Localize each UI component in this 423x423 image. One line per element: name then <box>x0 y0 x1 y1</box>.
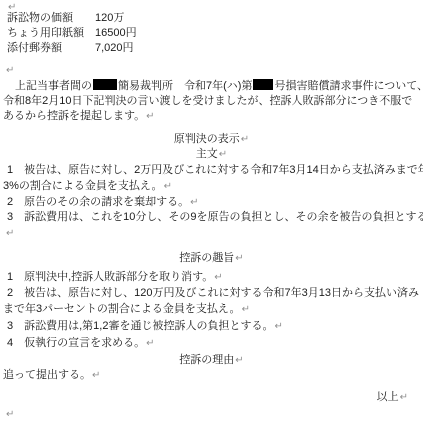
line-text: 1 被告は、原告に対し、2万円及びこれに対する令和7年3月14日から支払済みまで… <box>7 164 423 176</box>
line-text: 追って提出する。 <box>3 369 91 381</box>
pilcrow-mark: ↵ <box>6 409 14 420</box>
document-line[interactable]: あるから控訴を提起します。↵ <box>3 110 155 123</box>
document-line[interactable]: ↵ <box>5 408 14 421</box>
document-line[interactable]: 追って提出する。↵ <box>3 369 100 382</box>
line-text: 2 原告のその余の請求を棄却する。 <box>7 196 189 208</box>
document-line[interactable]: 控訴の理由↵ <box>0 354 423 367</box>
pilcrow-mark: ↵ <box>190 197 198 208</box>
document-line[interactable]: まで年3パーセントの割合による金員を支払え。↵ <box>3 303 250 316</box>
line-text: 控訴の趣旨 <box>179 252 234 264</box>
line-text: 以上 <box>377 391 399 403</box>
document-line[interactable]: 3%の割合による金員を支払え。↵ <box>3 180 172 193</box>
line-text: 添付郵券額 <box>7 42 62 54</box>
line-text: 16500円 <box>95 27 137 40</box>
line-text: 3%の割合による金員を支払え。 <box>3 180 163 192</box>
line-text: 2 被告は、原告に対し、120万円及びこれに対する令和7年3月13日から支払い済… <box>7 287 419 299</box>
line-text: 7,020円 <box>95 42 134 55</box>
line-text: 訴訟物の価額 <box>7 12 73 24</box>
pilcrow-mark: ↵ <box>214 272 222 283</box>
line-text: 号損害賠償請求事件について、 <box>274 80 423 92</box>
line-text: 1 原判決中,控訴人敗訴部分を取り消す。 <box>7 271 213 283</box>
line-text: まで年3パーセントの割合による金員を支払え。 <box>3 303 241 315</box>
pilcrow-mark: ↵ <box>146 111 154 122</box>
pilcrow-mark: ↵ <box>146 338 154 349</box>
line-text: あるから控訴を提起します。 <box>3 110 145 122</box>
document-line[interactable]: 訴訟物の価額120万 <box>7 12 73 25</box>
document-line[interactable]: 3 訴訟費用は、これを10分し、その9を原告の負担とし、その余を被告の負担とする… <box>7 211 423 224</box>
line-text: 控訴の理由 <box>179 354 234 366</box>
document-line[interactable]: 控訴の趣旨↵ <box>0 252 423 265</box>
pilcrow-mark: ↵ <box>242 304 250 315</box>
document-line[interactable]: 1 原判決中,控訴人敗訴部分を取り消す。↵ <box>7 271 223 284</box>
document-line[interactable]: 3 訴訟費用は,第1,2審を通じ被控訴人の負担とする。↵ <box>7 320 283 333</box>
pilcrow-mark: ↵ <box>92 370 100 381</box>
redaction-box <box>253 79 273 90</box>
line-text: 令和8年2月10日下記判決の言い渡しを受けましたが、控訴人敗訴部分につき不服で <box>3 95 412 107</box>
pilcrow-mark: ↵ <box>219 149 227 160</box>
document-line[interactable]: 1 被告は、原告に対し、2万円及びこれに対する令和7年3月14日から支払済みまで… <box>7 164 423 177</box>
document-line[interactable]: 令和8年2月10日下記判決の言い渡しを受けましたが、控訴人敗訴部分につき不服で <box>3 95 412 108</box>
line-text: 原判決の表示 <box>174 133 240 145</box>
line-text: 主文 <box>196 148 218 160</box>
document-line[interactable]: 主文↵ <box>0 148 423 161</box>
line-text: 4 仮執行の宣言を求める。 <box>7 337 145 349</box>
pilcrow-mark: ↵ <box>164 181 172 192</box>
pilcrow-mark: ↵ <box>6 228 14 239</box>
pilcrow-mark: ↵ <box>6 65 14 76</box>
document-line[interactable]: ↵ <box>5 64 14 77</box>
pilcrow-mark: ↵ <box>241 134 249 145</box>
document-line[interactable]: ↵ <box>5 227 14 240</box>
pilcrow-mark: ↵ <box>235 355 243 366</box>
line-text: 簡易裁判所 令和7年(ハ)第 <box>118 80 252 92</box>
line-text: 3 訴訟費用は、これを10分し、その9を原告の負担とし、その余を被告の負担とする… <box>7 211 423 223</box>
line-text: ちょう用印紙額 <box>7 27 84 39</box>
redaction-box <box>93 79 117 90</box>
document-page[interactable]: ↵訴訟物の価額120万ちょう用印紙額16500円添付郵券額7,020円↵ 上記当… <box>0 0 423 423</box>
line-text: 3 訴訟費用は,第1,2審を通じ被控訴人の負担とする。 <box>7 320 273 332</box>
pilcrow-mark: ↵ <box>274 321 282 332</box>
line-text: 120万 <box>95 12 124 25</box>
document-line[interactable]: 2 被告は、原告に対し、120万円及びこれに対する令和7年3月13日から支払い済… <box>7 287 419 300</box>
pilcrow-mark: ↵ <box>235 253 243 264</box>
document-line[interactable]: 上記当事者間の簡易裁判所 令和7年(ハ)第号損害賠償請求事件について、 <box>4 79 423 93</box>
document-line[interactable]: 添付郵券額7,020円 <box>7 42 62 55</box>
line-text: 上記当事者間の <box>4 80 92 92</box>
document-line[interactable]: 原判決の表示↵ <box>0 133 423 146</box>
document-line[interactable]: 2 原告のその余の請求を棄却する。↵ <box>7 196 199 209</box>
document-line[interactable]: 以上↵ <box>0 391 408 404</box>
document-line[interactable]: 4 仮執行の宣言を求める。↵ <box>7 337 155 350</box>
document-line[interactable]: ちょう用印紙額16500円 <box>7 27 84 40</box>
pilcrow-mark: ↵ <box>400 392 408 403</box>
